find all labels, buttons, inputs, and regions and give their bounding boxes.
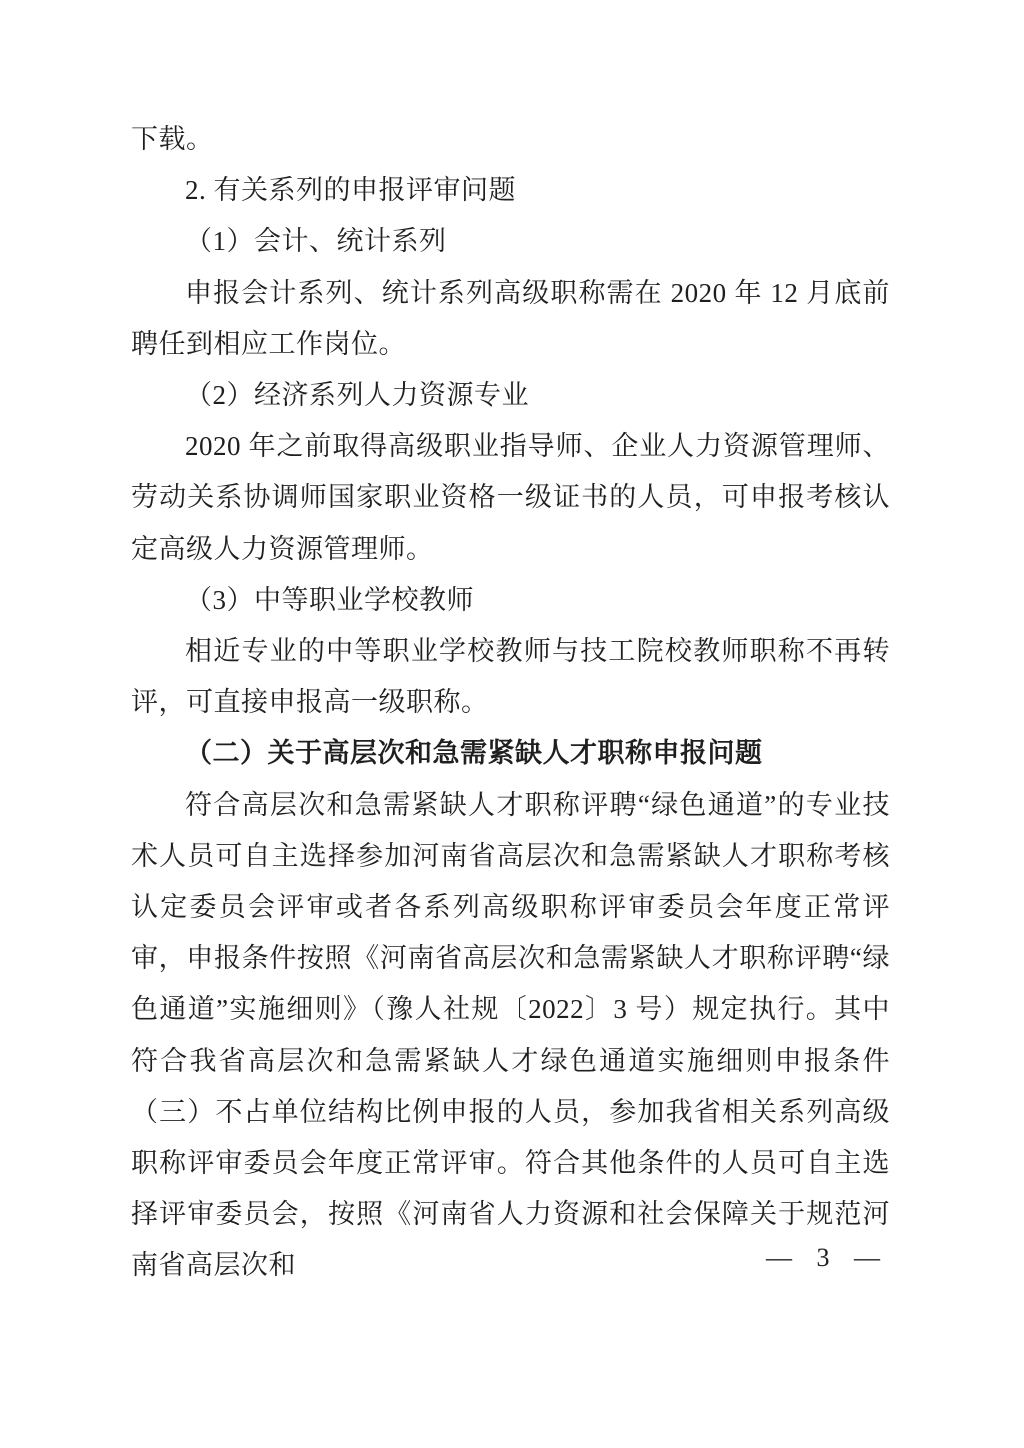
paragraph: 相近专业的中等职业学校教师与技工院校教师职称不再转评，可直接申报高一级职称。 [131,626,890,728]
page-number: — 3 — [766,1242,880,1274]
paragraph: （二）关于高层次和急需紧缺人才职称申报问题 [131,728,890,779]
paragraph: （3）中等职业学校教师 [131,575,890,626]
paragraph: （1）会计、统计系列 [131,216,890,267]
paragraph: （2）经济系列人力资源专业 [131,370,890,421]
paragraph: 2020 年之前取得高级职业指导师、企业人力资源管理师、劳动关系协调师国家职业资… [131,421,890,575]
paragraph: 下载。 [131,114,890,165]
document-page: 下载。2. 有关系列的申报评审问题（1）会计、统计系列申报会计系列、统计系列高级… [0,0,1024,1448]
paragraph: 申报会计系列、统计系列高级职称需在 2020 年 12 月底前聘任到相应工作岗位… [131,268,890,370]
paragraph: 2. 有关系列的申报评审问题 [131,165,890,216]
document-body: 下载。2. 有关系列的申报评审问题（1）会计、统计系列申报会计系列、统计系列高级… [131,114,890,1292]
paragraph: 符合高层次和急需紧缺人才职称评聘“绿色通道”的专业技术人员可自主选择参加河南省高… [131,780,890,1292]
